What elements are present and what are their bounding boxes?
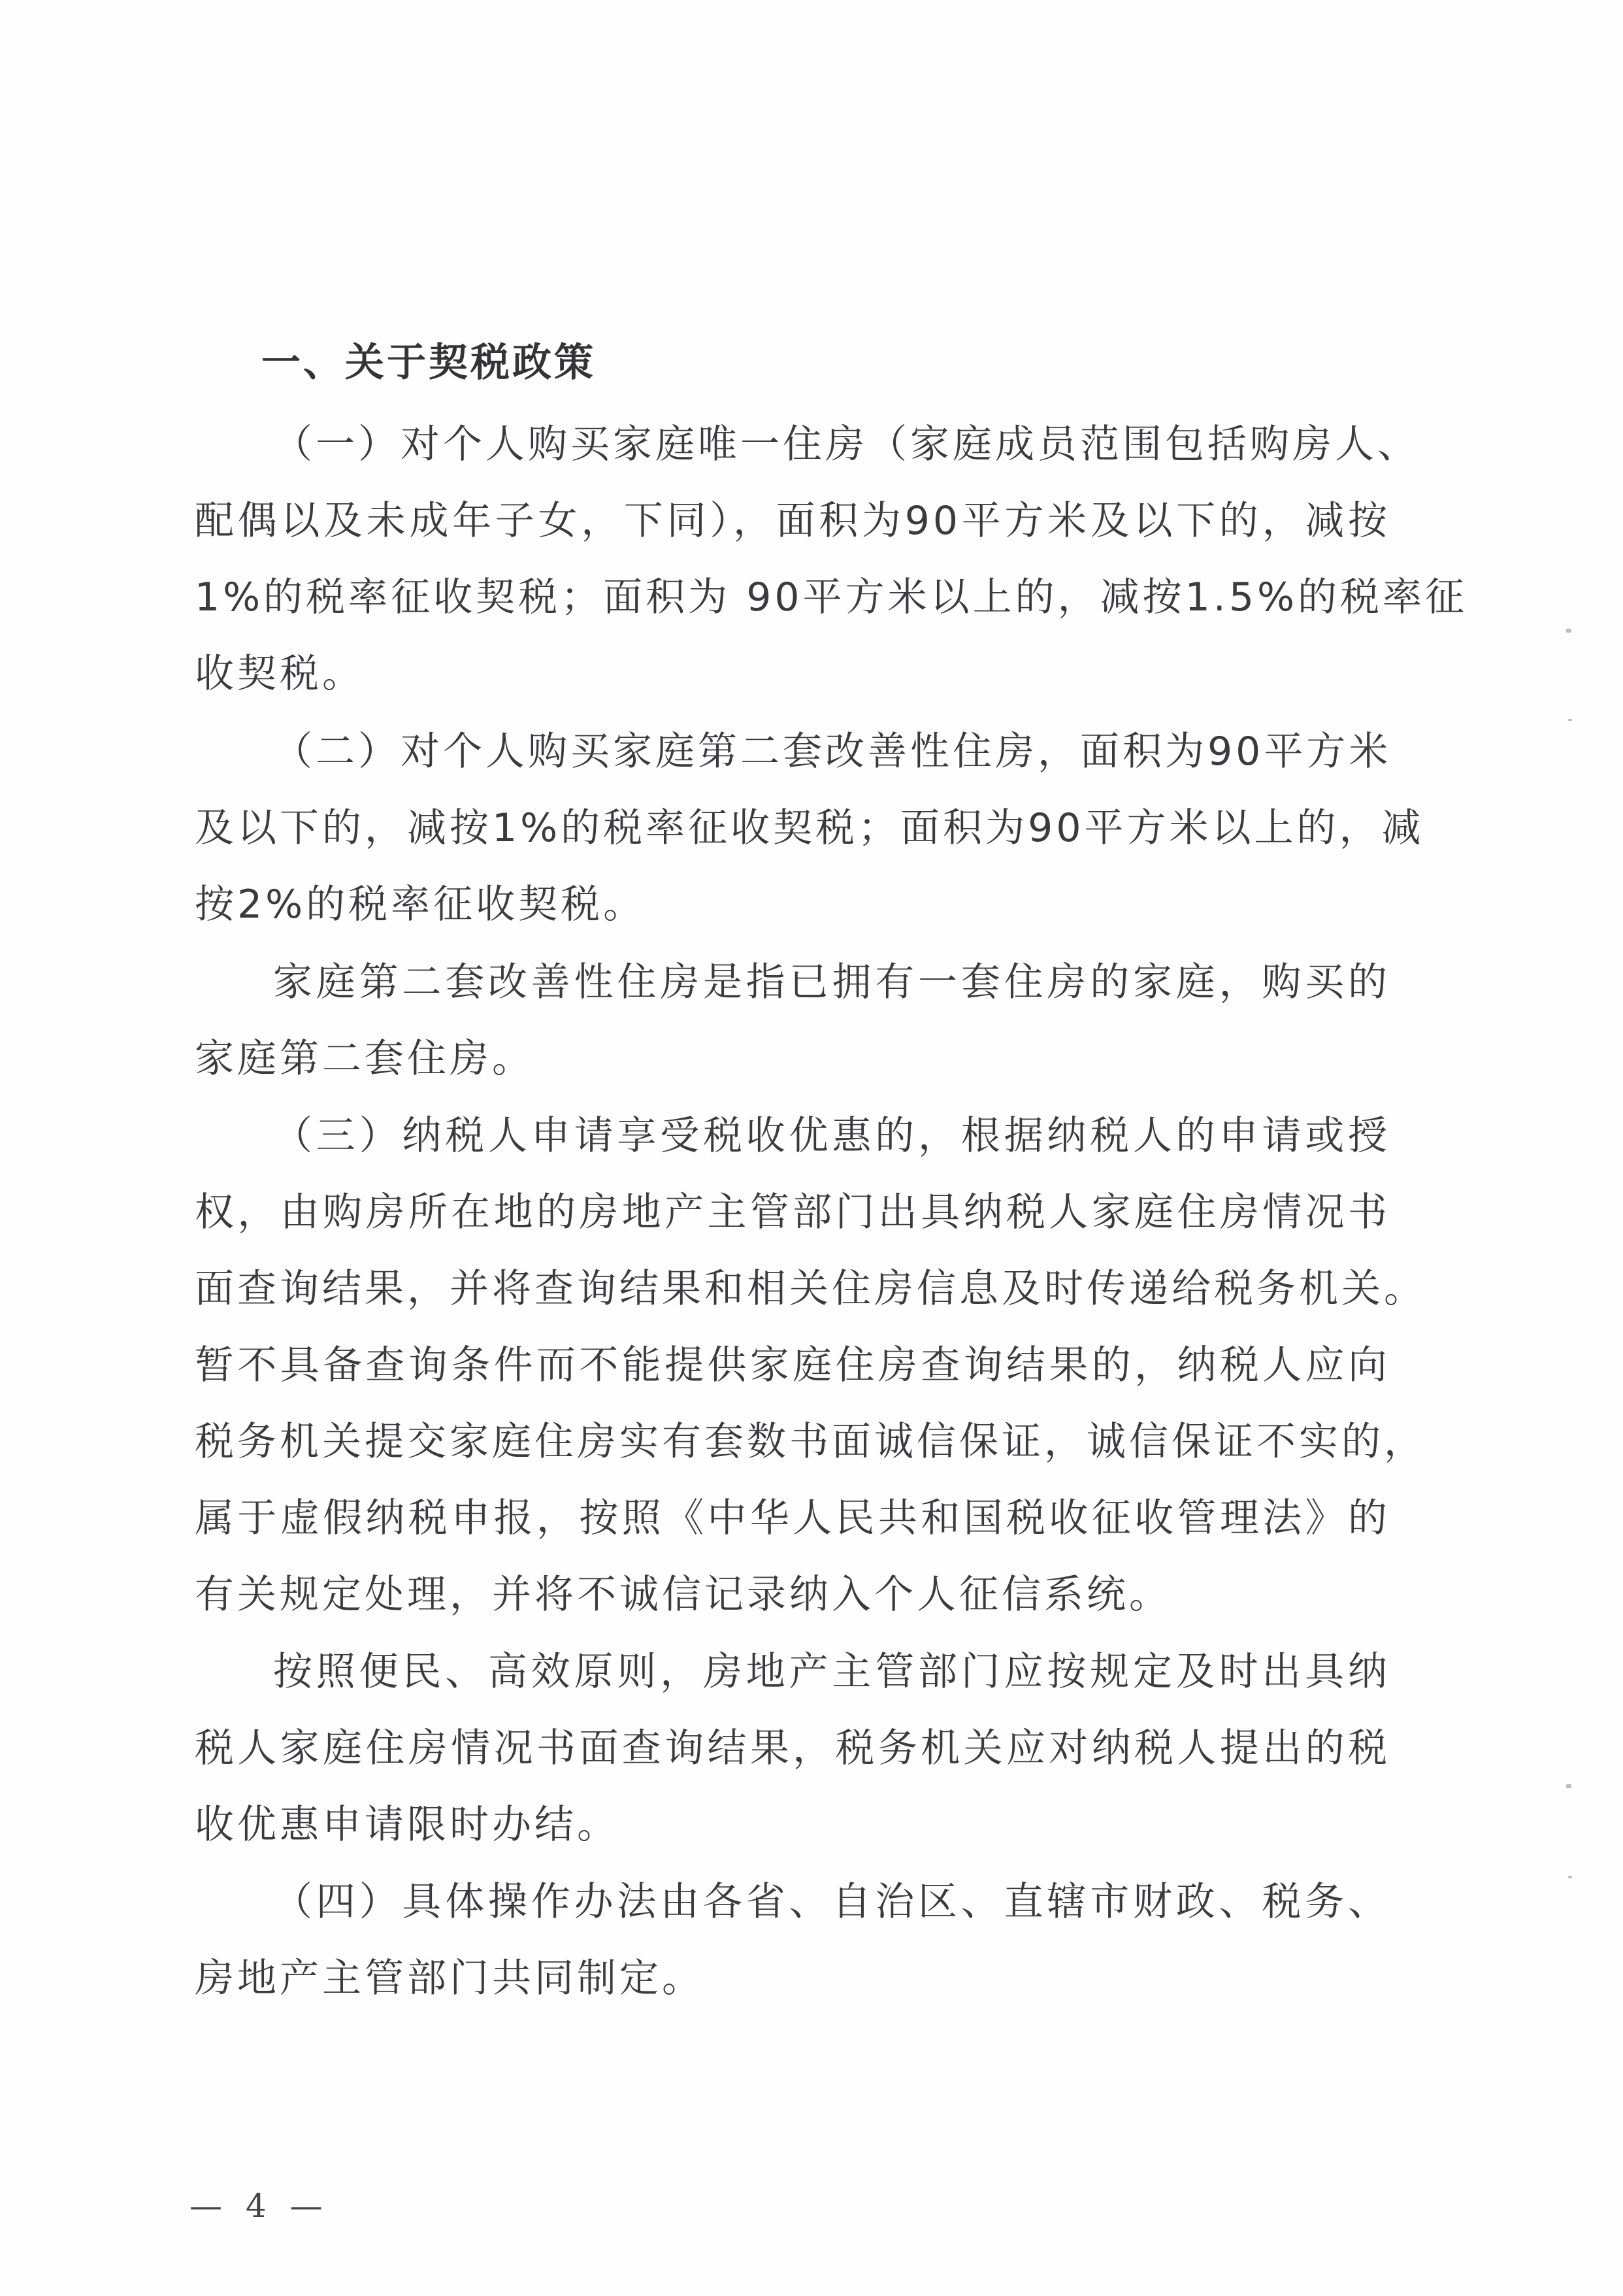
text-line: 按2%的税率征收契税。 bbox=[195, 878, 1390, 931]
text-line: 有关规定处理，并将不诚信记录纳入个人征信系统。 bbox=[195, 1569, 1390, 1621]
text-line: 收契税。 bbox=[195, 648, 1390, 700]
text-line: 面查询结果，并将查询结果和相关住房信息及时传递给税务机关。 bbox=[195, 1263, 1390, 1315]
scan-speck bbox=[1566, 1784, 1571, 1788]
text-line: 及以下的，减按1%的税率征收契税；面积为90平方米以上的，减 bbox=[195, 802, 1390, 854]
text-line: 房地产主管部门共同制定。 bbox=[195, 1952, 1390, 2005]
scan-speck bbox=[1566, 629, 1571, 633]
text-line: 收优惠申请限时办结。 bbox=[195, 1799, 1390, 1851]
text-line: 家庭第二套住房。 bbox=[195, 1033, 1390, 1085]
text-line: （三）纳税人申请享受税收优惠的，根据纳税人的申请或授 bbox=[273, 1110, 1390, 1162]
text-line: 按照便民、高效原则，房地产主管部门应按规定及时出具纳 bbox=[273, 1646, 1390, 1698]
document-page: 一、关于契税政策 （一）对个人购买家庭唯一住房（家庭成员范围包括购房人、 配偶以… bbox=[0, 0, 1623, 2296]
scan-speck bbox=[1568, 719, 1572, 721]
text-line: 家庭第二套改善性住房是指已拥有一套住房的家庭，购买的 bbox=[273, 956, 1390, 1008]
scan-speck bbox=[1568, 1876, 1572, 1878]
text-line: 权，由购房所在地的房地产主管部门出具纳税人家庭住房情况书 bbox=[195, 1186, 1390, 1239]
section-heading: 一、关于契税政策 bbox=[261, 337, 1457, 389]
text-line: （一）对个人购买家庭唯一住房（家庭成员范围包括购房人、 bbox=[273, 418, 1390, 471]
text-line: 配偶以及未成年子女，下同），面积为90平方米及以下的，减按 bbox=[195, 495, 1390, 547]
page-number: — 4 — bbox=[189, 2186, 329, 2225]
text-line: 税务机关提交家庭住房实有套数书面诚信保证，诚信保证不实的， bbox=[195, 1416, 1390, 1468]
text-line: 属于虚假纳税申报，按照《中华人民共和国税收征收管理法》的 bbox=[195, 1492, 1390, 1544]
text-line: （二）对个人购买家庭第二套改善性住房，面积为90平方米 bbox=[273, 725, 1390, 778]
text-line: 税人家庭住房情况书面查询结果，税务机关应对纳税人提出的税 bbox=[195, 1722, 1390, 1774]
text-line: （四）具体操作办法由各省、自治区、直辖市财政、税务、 bbox=[273, 1876, 1390, 1928]
text-line: 暂不具备查询条件而不能提供家庭住房查询结果的，纳税人应向 bbox=[195, 1339, 1390, 1391]
text-line: 1%的税率征收契税；面积为 90平方米以上的，减按1.5%的税率征 bbox=[195, 571, 1390, 624]
